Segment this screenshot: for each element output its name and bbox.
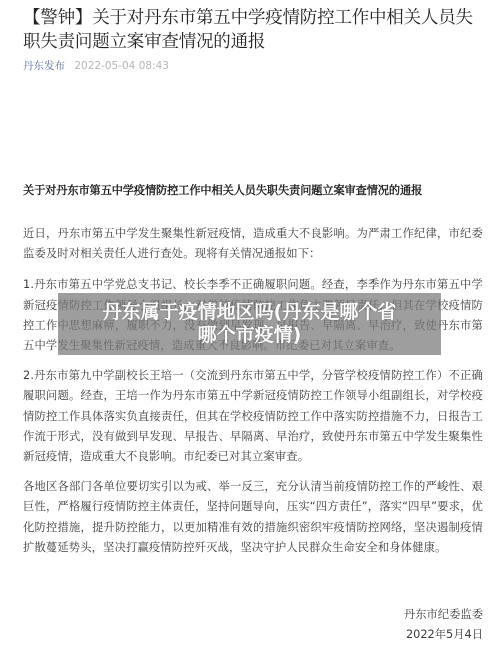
paragraph-item-2: 2.丹东市第九中学副校长王培一（交流到丹东市第五中学，分管学校疫情防控工作）不正… bbox=[23, 366, 483, 467]
signature-block: 丹东市纪委监委 2022年5月4日 bbox=[404, 605, 483, 645]
signature-date: 2022年5月4日 bbox=[404, 625, 483, 645]
article-content: 近日，丹东市第五中学发生聚集性新冠疫情，造成重大不良影响。为严肃工作纪律，市纪委… bbox=[23, 224, 483, 568]
article-title: 【警钟】关于对丹东市第五中学疫情防控工作中相关人员失职失责问题立案审查情况的通报 bbox=[23, 6, 483, 54]
paragraph-intro: 近日，丹东市第五中学发生聚集性新冠疫情，造成重大不良影响。为严肃工作纪律，市纪委… bbox=[23, 224, 483, 264]
signature-org: 丹东市纪委监委 bbox=[404, 605, 483, 625]
caption-overlay: 丹东属于疫情地区吗(丹东是哪个省哪个市疫情) bbox=[58, 293, 441, 355]
article-meta: 丹东发布 2022-05-04 08:43 bbox=[23, 59, 483, 73]
overlay-caption: 丹东属于疫情地区吗(丹东是哪个省哪个市疫情) bbox=[100, 301, 400, 347]
source-link[interactable]: 丹东发布 bbox=[23, 60, 65, 72]
paragraph-conclusion: 各地区各部门各单位要切实引以为戒、举一反三，充分认清当前疫情防控工作的严峻性、艰… bbox=[23, 477, 483, 558]
article-header: 【警钟】关于对丹东市第五中学疫情防控工作中相关人员失职失责问题立案审查情况的通报… bbox=[23, 6, 483, 73]
body-title: 关于对丹东市第五中学疫情防控工作中相关人员失职失责问题立案审查情况的通报 bbox=[23, 182, 483, 198]
publish-datetime: 2022-05-04 08:43 bbox=[74, 60, 169, 72]
